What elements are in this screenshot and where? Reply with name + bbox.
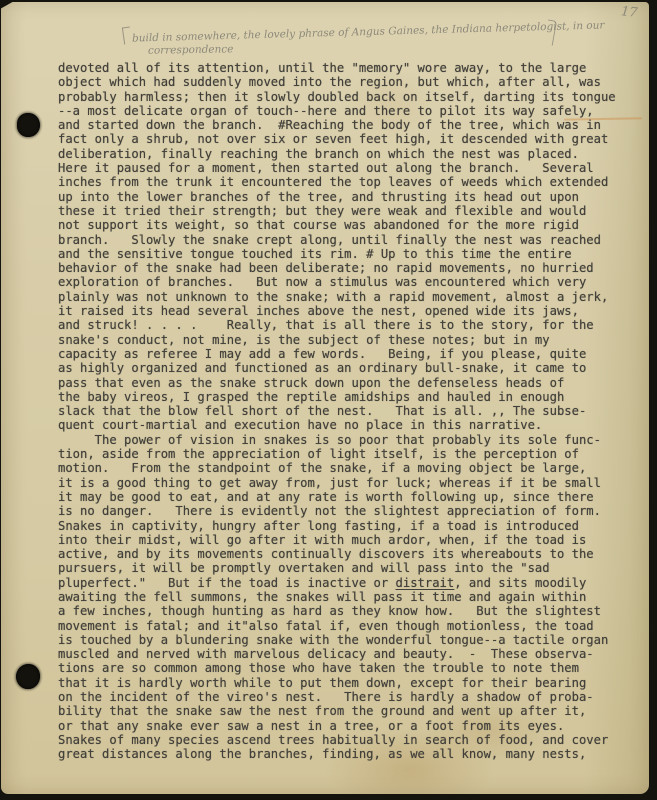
hole-punch-bottom xyxy=(16,664,40,689)
typed-line: branch. Slowly the snake crept along, un… xyxy=(58,233,624,247)
typed-line: the baby vireos, I grasped the reptile a… xyxy=(58,390,624,404)
typed-line: exploration of branches. But now a stimu… xyxy=(58,275,624,289)
typed-line: quent court-martial and execution have n… xyxy=(58,418,624,432)
typed-text: devoted all of its attention, until the … xyxy=(58,61,624,762)
typed-line: probably harmless; then it slowly double… xyxy=(58,90,624,104)
typed-line: Snakes in captivity, hungry after long f… xyxy=(58,519,624,533)
typed-line: behavior of the snake had been deliberat… xyxy=(58,261,624,275)
typed-line: active, and by its movements continually… xyxy=(58,547,624,561)
typed-line: movement is fatal; and it"also fatal if,… xyxy=(58,619,624,633)
typed-line: slack that the blow fell short of the ne… xyxy=(58,404,624,418)
typed-line: not support its weight, so that course w… xyxy=(58,218,624,232)
typed-line: snake's conduct, not mine, is the subjec… xyxy=(58,333,624,347)
typed-line: inches from the trunk it encountered the… xyxy=(58,175,624,189)
typed-line: Here it paused for a moment, then starte… xyxy=(58,161,624,175)
typed-line: muscled and nerved with marvelous delica… xyxy=(58,647,624,661)
typed-line: fact only a shrub, not over six or seven… xyxy=(58,132,624,146)
insertion-bracket-left xyxy=(122,27,132,45)
typed-line: is no danger. There is evidently not the… xyxy=(58,504,624,518)
typed-line: Snakes of many species ascend trees habi… xyxy=(58,733,624,747)
typed-line: devoted all of its attention, until the … xyxy=(58,61,624,75)
typed-line: tions are so common among those who have… xyxy=(58,661,624,675)
typed-line: awaiting the fell summons, the snakes wi… xyxy=(58,590,624,604)
typed-line: The power of vision in snakes is so poor… xyxy=(58,433,624,447)
typed-line: and the sensitive tongue touched its rim… xyxy=(58,247,624,261)
typed-line: that it is hardly worth while to put the… xyxy=(58,676,624,690)
typed-line: it raised its head several inches above … xyxy=(58,304,624,318)
typed-line: plainly was not unknown to the snake; wi… xyxy=(58,290,624,304)
typed-line: deliberation, finally reaching the branc… xyxy=(58,147,624,161)
typed-line: into their midst, will go after it with … xyxy=(58,533,624,547)
typed-line: pluperfect." But if the toad is inactive… xyxy=(58,576,624,590)
typed-line: or that any snake ever saw a nest in a t… xyxy=(58,719,624,733)
typed-line: bility that the snake saw the nest from … xyxy=(58,704,624,718)
typed-line: and struck! . . . . Really, that is all … xyxy=(58,318,624,332)
typed-line: it may be good to eat, and at any rate i… xyxy=(58,490,624,504)
handwritten-annotation-line2: correspondence xyxy=(148,43,234,56)
typed-line: as highly organized and functioned as an… xyxy=(58,361,624,375)
typed-line: object which had suddenly moved into the… xyxy=(58,75,624,89)
typed-line: motion. From the standpoint of the snake… xyxy=(58,461,624,475)
typed-line: and started down the branch. #Reaching t… xyxy=(58,118,624,132)
typed-line: pursuers, it will be promptly overtaken … xyxy=(58,561,624,575)
typed-line: --a most delicate organ of touch--here a… xyxy=(58,104,624,118)
hole-punch-top xyxy=(17,113,40,137)
typed-line: tion, aside from the appreciation of lig… xyxy=(58,447,624,461)
typed-line: capacity as referee I may add a few word… xyxy=(58,347,624,361)
typed-line: great distances along the branches, find… xyxy=(58,747,624,761)
typed-line: these it tried their strength; but they … xyxy=(58,204,624,218)
scan-corner-shadow xyxy=(0,0,16,9)
scanned-page: { "page": { "page_number": "17", "annota… xyxy=(0,0,657,800)
typed-line: it is a good thing to get away from, jus… xyxy=(58,476,624,490)
typed-line: pass that even as the snake struck down … xyxy=(58,376,624,390)
paper-sheet: build in somewhere, the lovely phrase of… xyxy=(1,2,649,794)
typed-line: on the incident of the vireo's nest. The… xyxy=(58,690,624,704)
typed-line: a few inches, though hunting as hard as … xyxy=(58,604,624,618)
typed-line: is touched by a blundering snake with th… xyxy=(58,633,624,647)
page-number: 17 xyxy=(620,4,638,21)
typed-line: up into the lower branches of the tree, … xyxy=(58,190,624,204)
handwritten-annotation-line1: build in somewhere, the lovely phrase of… xyxy=(132,19,605,44)
